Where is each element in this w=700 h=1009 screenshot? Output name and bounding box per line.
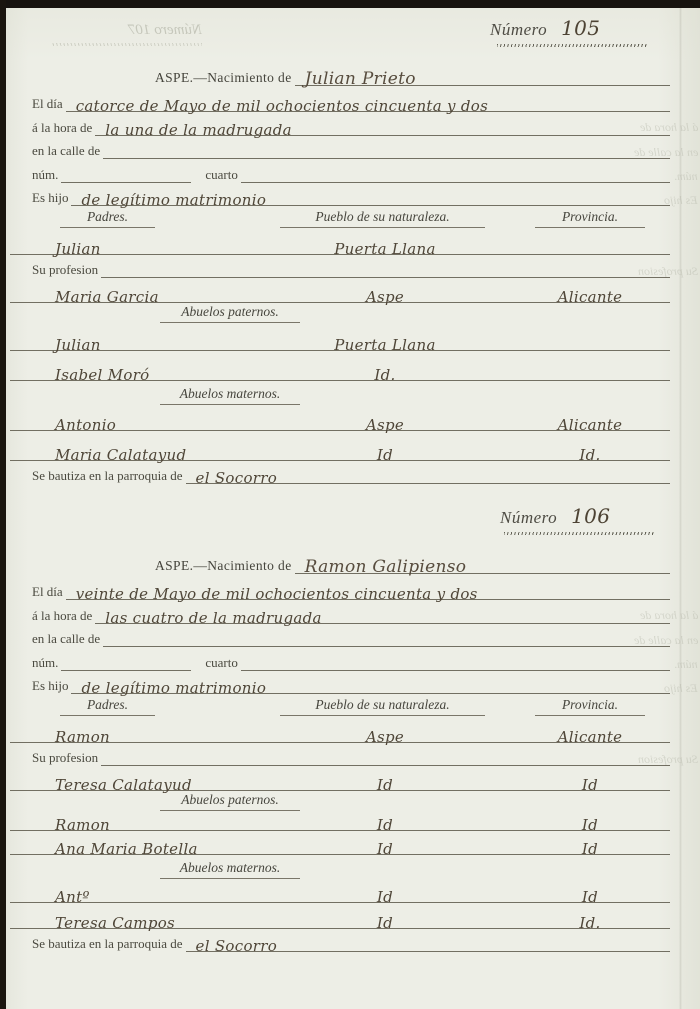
record-number: Número 105	[490, 16, 600, 40]
hijo-label: Es hijo	[32, 678, 71, 694]
town-header-label: ASPE.—Nacimiento de	[155, 558, 295, 574]
paternal-grandmother-row: Isabel Moró Id.	[10, 356, 670, 381]
mother-row: Maria Garcia Aspe Alicante	[10, 278, 670, 303]
record-number: Número 106	[500, 504, 610, 528]
maternal-grandfather-row: Antonio Aspe Alicante	[10, 406, 670, 431]
mother-pueblo: Aspe	[300, 288, 470, 306]
hijo-value: de legítimo matrimonio	[81, 191, 266, 209]
paternal-grandfather-row: Julian Puerta Llana	[10, 326, 670, 351]
birth-hour-row: á la hora de la una de la madrugada	[10, 112, 670, 136]
birth-hour-row: á la hora de las cuatro de la madrugada	[10, 600, 670, 624]
paternal-grandparents-label: Abuelos paternos.	[160, 304, 300, 323]
maternal-grandfather-row: Antº Id Id	[10, 878, 670, 903]
hijo-label: Es hijo	[32, 190, 71, 206]
paternal-grandmother-provincia: Id	[525, 840, 655, 858]
numero-underline	[497, 44, 647, 47]
hijo-value: de legítimo matrimonio	[81, 679, 266, 697]
maternal-grandfather-provincia: Alicante	[525, 416, 655, 434]
birth-day-row: El día veinte de Mayo de mil ochocientos…	[10, 576, 670, 600]
numero-value: 106	[571, 504, 610, 528]
legitimacy-row: Es hijo de legítimo matrimonio	[10, 670, 670, 694]
maternal-grandmother-row: Maria Calatayud Id Id.	[10, 436, 670, 461]
town-header-label: ASPE.—Nacimiento de	[155, 70, 295, 86]
profession-label: Su profesion	[32, 262, 101, 278]
pueblo-header: Pueblo de su naturaleza.	[280, 209, 485, 228]
profession-label: Su profesion	[32, 750, 101, 766]
maternal-grandparents-label: Abuelos maternos.	[160, 386, 300, 405]
baptism-label: Se bautiza en la parroquia de	[32, 936, 186, 952]
paternal-grandmother-name: Isabel Moró	[55, 366, 150, 384]
page-crease	[679, 8, 682, 1009]
legitimacy-row: Es hijo de legítimo matrimonio	[10, 182, 670, 206]
mother-row: Teresa Calatayud Id Id	[10, 766, 670, 791]
baptism-row: Se bautiza en la parroquia de el Socorro	[10, 460, 670, 484]
paternal-grandfather-name: Julian	[55, 336, 101, 354]
mother-provincia: Id	[525, 776, 655, 794]
street-label: en la calle de	[32, 143, 103, 159]
baptism-parish-value: el Socorro	[196, 937, 278, 955]
record-title-row: ASPE.—Nacimiento de Ramon Galipienso	[10, 550, 670, 574]
birth-record-106: Número 106 ASPE.—Nacimiento de Ramon Gal…	[10, 500, 670, 986]
father-row: Ramon Aspe Alicante	[10, 718, 670, 743]
maternal-grandfather-pueblo: Aspe	[300, 416, 470, 434]
num-label: núm.	[32, 655, 61, 671]
paternal-grandfather-pueblo: Puerta Llana	[300, 336, 470, 354]
numero-value: 105	[561, 16, 600, 40]
padres-header: Padres.	[60, 209, 155, 228]
column-headers: Padres. Pueblo de su naturaleza. Provinc…	[10, 696, 670, 716]
child-name-value: Julian Prieto	[305, 69, 416, 89]
maternal-grandmother-row: Teresa Campos Id Id.	[10, 904, 670, 929]
mother-pueblo: Id	[300, 776, 470, 794]
numero-label: Número	[490, 20, 547, 40]
day-label: El día	[32, 96, 66, 112]
numero-label: Número	[500, 508, 557, 528]
day-label: El día	[32, 584, 66, 600]
street-row: en la calle de	[10, 135, 670, 159]
father-row: Julian Puerta Llana	[10, 230, 670, 255]
baptism-row: Se bautiza en la parroquia de el Socorro	[10, 928, 670, 952]
numero-underline	[504, 532, 654, 535]
paternal-grandmother-pueblo: Id.	[300, 366, 470, 384]
maternal-grandparents-label: Abuelos maternos.	[160, 860, 300, 879]
column-headers: Padres. Pueblo de su naturaleza. Provinc…	[10, 208, 670, 228]
record-title-row: ASPE.—Nacimiento de Julian Prieto	[10, 62, 670, 86]
paternal-grandmother-pueblo: Id	[300, 840, 470, 858]
maternal-grandfather-name: Antonio	[55, 416, 116, 434]
hour-label: á la hora de	[32, 120, 95, 136]
paternal-grandmother-name: Ana Maria Botella	[55, 840, 198, 858]
baptism-parish-value: el Socorro	[196, 469, 278, 487]
padres-header: Padres.	[60, 697, 155, 716]
provincia-header: Provincia.	[535, 209, 645, 228]
scan-edge-left	[0, 0, 6, 1009]
num-label: núm.	[32, 167, 61, 183]
provincia-header: Provincia.	[535, 697, 645, 716]
child-name-value: Ramon Galipienso	[305, 557, 467, 577]
hour-label: á la hora de	[32, 608, 95, 624]
mother-provincia: Alicante	[525, 288, 655, 306]
scan-edge-top	[0, 0, 700, 8]
profession-row: Su profesion	[10, 254, 670, 278]
pueblo-header: Pueblo de su naturaleza.	[280, 697, 485, 716]
paternal-grandmother-row: Ana Maria Botella Id Id	[10, 830, 670, 855]
cuarto-label: cuarto	[205, 655, 240, 671]
baptism-label: Se bautiza en la parroquia de	[32, 468, 186, 484]
birth-record-105: Número 105 ASPE.—Nacimiento de Julian Pr…	[10, 12, 670, 498]
bleedthrough-fragment: núm.	[674, 169, 698, 184]
birth-day-row: El día catorce de Mayo de mil ochociento…	[10, 88, 670, 112]
street-label: en la calle de	[32, 631, 103, 647]
bleedthrough-fragment: núm.	[674, 657, 698, 672]
profession-row: Su profesion	[10, 742, 670, 766]
cuarto-label: cuarto	[205, 167, 240, 183]
street-row: en la calle de	[10, 623, 670, 647]
number-cuarto-row: núm. cuarto	[10, 647, 670, 671]
registry-page: Número 107 á la hora de en la calle de n…	[0, 0, 700, 1009]
number-cuarto-row: núm. cuarto	[10, 159, 670, 183]
paternal-grandfather-row: Ramon Id Id	[10, 806, 670, 831]
mother-name: Maria Garcia	[55, 288, 159, 306]
